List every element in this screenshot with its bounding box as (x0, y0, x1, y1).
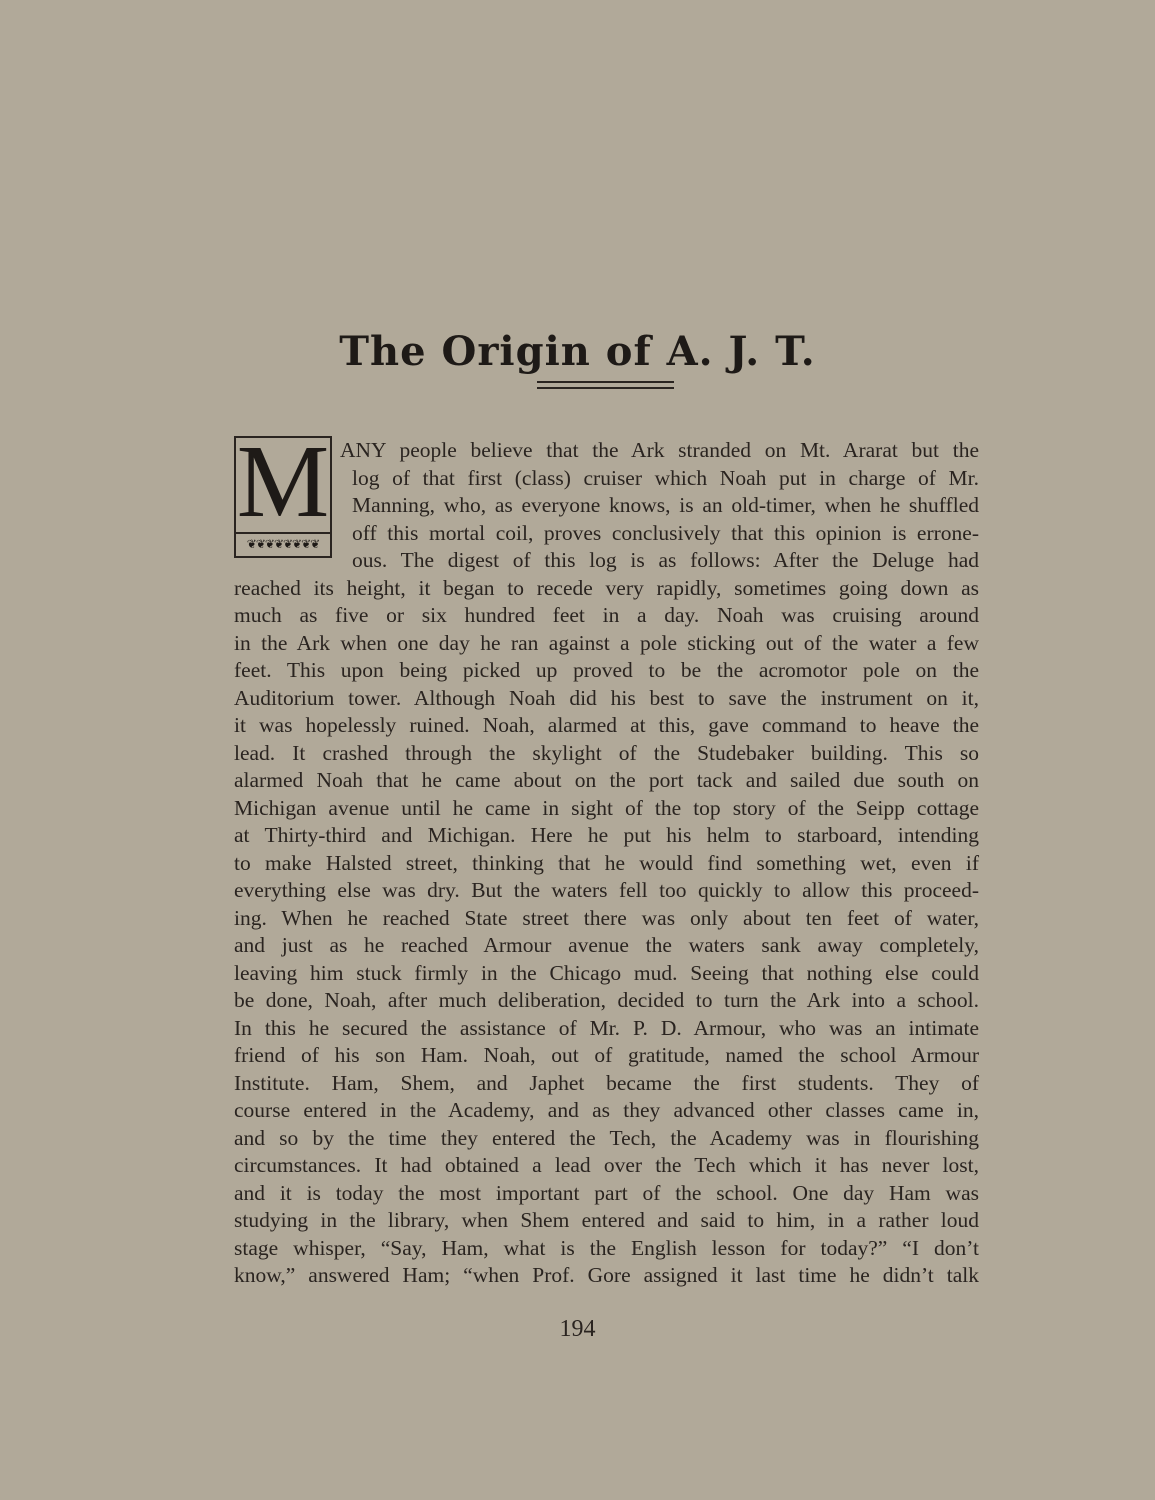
text-line: ous. The digest of this log is as follow… (352, 546, 979, 574)
text-line: course entered in the Academy, and as th… (234, 1096, 979, 1124)
text-line: at Thirty-third and Michigan. Here he pu… (234, 821, 979, 849)
page-title: The Origin of A. J. T. (0, 328, 1155, 375)
text-line: everything else was dry. But the waters … (234, 876, 979, 904)
text-line: log of that first (class) cruiser which … (352, 464, 979, 492)
text-line: reached its height, it began to recede v… (234, 574, 979, 602)
text-line: stage whisper, “Say, Ham, what is the En… (234, 1234, 979, 1262)
text-line: and so by the time they entered the Tech… (234, 1124, 979, 1152)
text-line: ANY people believe that the Ark stranded… (340, 436, 979, 464)
text-line: feet. This upon being picked up proved t… (234, 656, 979, 684)
text-line: and just as he reached Armour avenue the… (234, 931, 979, 959)
text-line: Institute. Ham, Shem, and Japhet became … (234, 1069, 979, 1097)
text-line: and it is today the most important part … (234, 1179, 979, 1207)
text-line: much as five or six hundred feet in a da… (234, 601, 979, 629)
title-rule-bottom (537, 387, 674, 389)
text-line: know,” answered Ham; “when Prof. Gore as… (234, 1261, 979, 1289)
page-number: 194 (0, 1316, 1155, 1343)
text-line: Michigan avenue until he came in sight o… (234, 794, 979, 822)
text-line: it was hopelessly ruined. Noah, alarmed … (234, 711, 979, 739)
text-line: in the Ark when one day he ran against a… (234, 629, 979, 657)
drop-cap-box: M ❦❦❦❦❦❦❦❦ (234, 436, 332, 558)
text-line: lead. It crashed through the skylight of… (234, 739, 979, 767)
text-line: circumstances. It had obtained a lead ov… (234, 1151, 979, 1179)
ornament-band-icon: ❦❦❦❦❦❦❦❦ (236, 532, 330, 556)
text-line: ing. When he reached State street there … (234, 904, 979, 932)
text-line: In this he secured the assistance of Mr.… (234, 1014, 979, 1042)
text-line: leaving him stuck firmly in the Chicago … (234, 959, 979, 987)
text-line: studying in the library, when Shem enter… (234, 1206, 979, 1234)
text-line: alarmed Noah that he came about on the p… (234, 766, 979, 794)
text-line: to make Halsted street, thinking that he… (234, 849, 979, 877)
text-line: be done, Noah, after much deliberation, … (234, 986, 979, 1014)
text-line: Manning, who, as everyone knows, is an o… (352, 491, 979, 519)
drop-cap-letter: M (236, 430, 330, 534)
text-line: friend of his son Ham. Noah, out of grat… (234, 1041, 979, 1069)
text-line: off this mortal coil, proves conclusivel… (352, 519, 979, 547)
title-rule-top (537, 381, 674, 383)
text-line: Auditorium tower. Although Noah did his … (234, 684, 979, 712)
